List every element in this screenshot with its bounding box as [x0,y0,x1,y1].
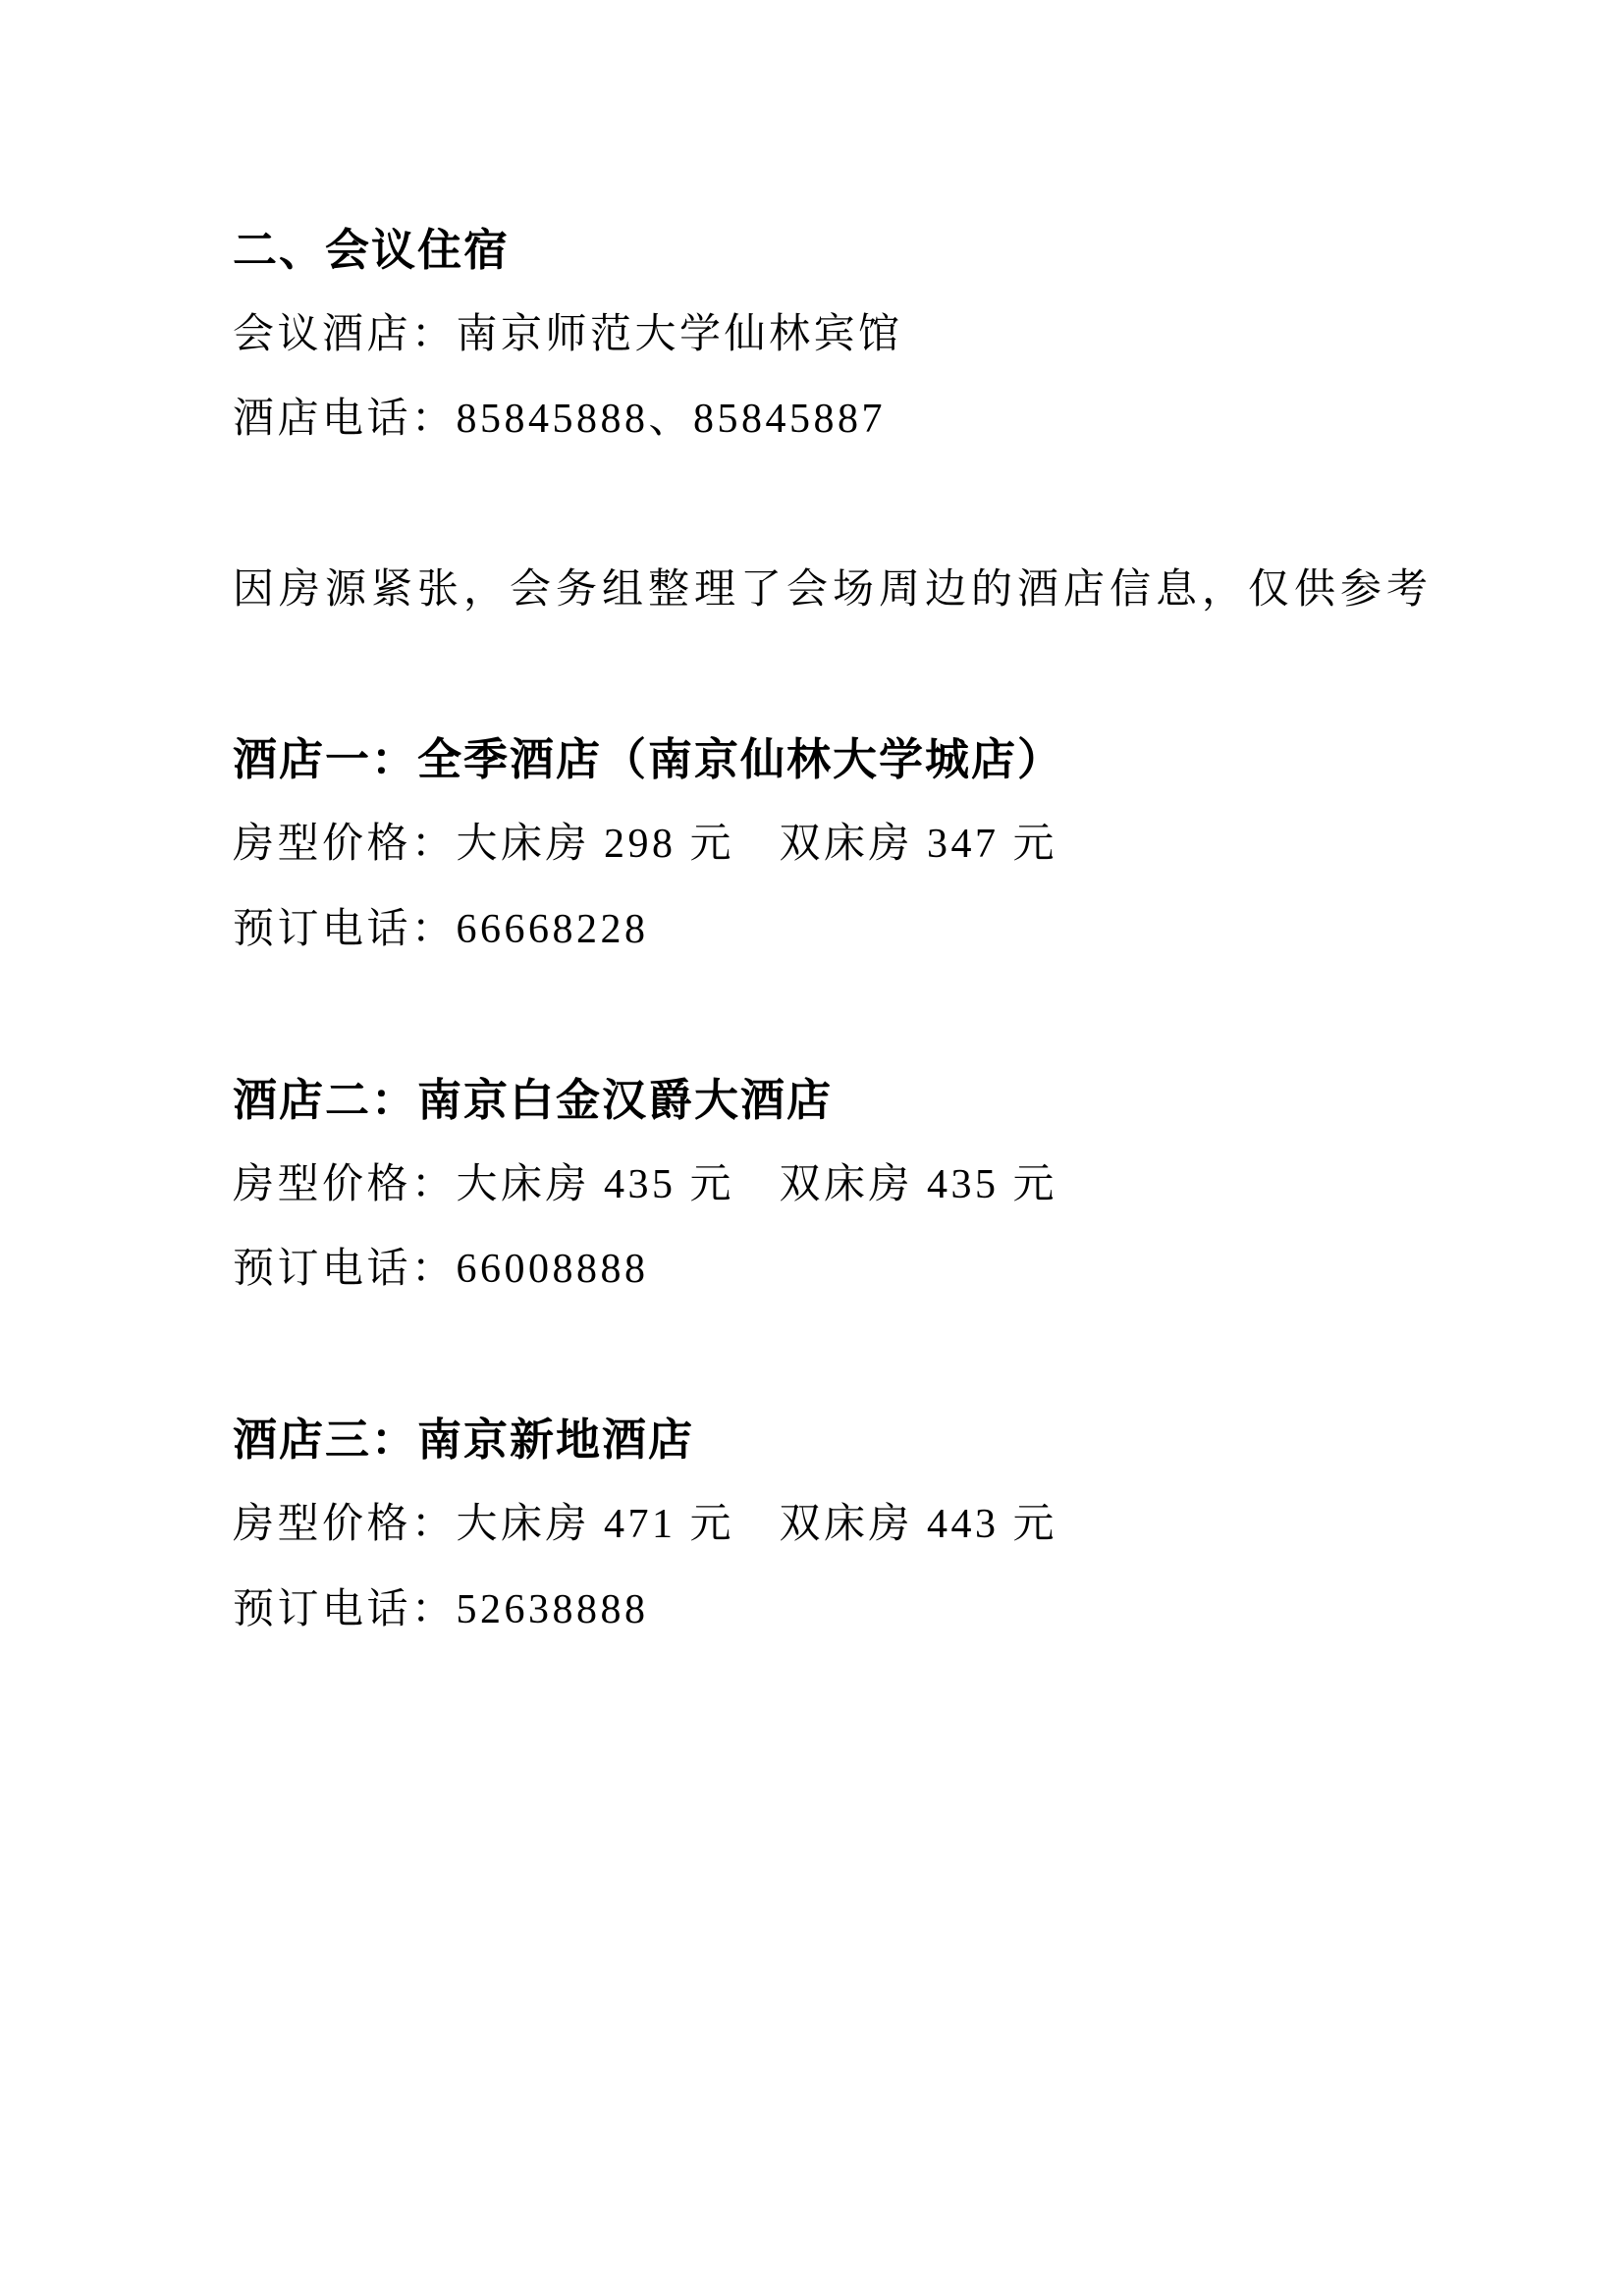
blank-line [233,628,1418,714]
hotel-3-booking-line: 预订电话：52638888 [233,1564,1418,1649]
hotel-2-heading: 酒店二：南京白金汉爵大酒店 [233,1053,1418,1139]
hotel-2-price-line: 房型价格：大床房 435 元 双床房 435 元 [233,1139,1418,1224]
hotel-1-booking-line: 预订电话：66668228 [233,883,1418,969]
blank-line [233,458,1418,544]
section-heading: 二、会议住宿 [233,203,1418,289]
hotel-2-booking-line: 预订电话：66008888 [233,1223,1418,1308]
blank-line [233,1308,1418,1394]
hotel-phone-line: 酒店电话：85845888、85845887 [233,373,1418,458]
document-content: 二、会议住宿 会议酒店：南京师范大学仙林宾馆 酒店电话：85845888、858… [233,203,1418,1648]
blank-line [233,968,1418,1053]
hotel-1-heading: 酒店一：全季酒店（南京仙林大学城店） [233,714,1418,799]
conference-hotel-line: 会议酒店：南京师范大学仙林宾馆 [233,289,1418,374]
hotel-3-price-line: 房型价格：大床房 471 元 双床房 443 元 [233,1478,1418,1564]
hotel-1-price-line: 房型价格：大床房 298 元 双床房 347 元 [233,798,1418,883]
document-page: 二、会议住宿 会议酒店：南京师范大学仙林宾馆 酒店电话：85845888、858… [0,0,1624,2296]
hotel-3-heading: 酒店三：南京新地酒店 [233,1393,1418,1478]
note-line: 因房源紧张，会务组整理了会场周边的酒店信息，仅供参考 [233,543,1418,628]
